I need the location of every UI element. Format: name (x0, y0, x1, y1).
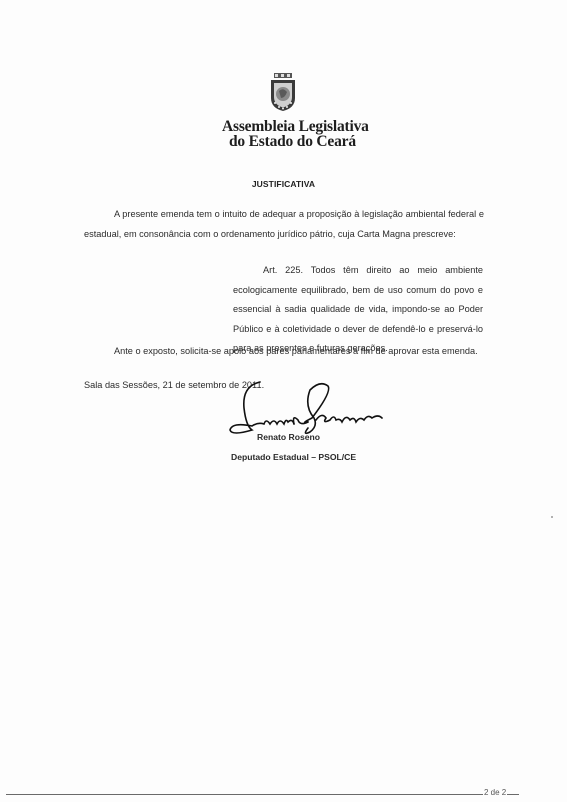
scan-speck (551, 516, 553, 518)
coat-of-arms-icon (268, 72, 298, 112)
request-paragraph: Ante o exposto, solicita-se apoio aos pa… (114, 342, 494, 362)
page-number: 2 de 2 (483, 788, 507, 797)
signer-role: Deputado Estadual – PSOL/CE (231, 452, 356, 462)
footer-divider (6, 794, 519, 795)
document-page: Assembleia Legislativa do Estado do Cear… (0, 0, 567, 802)
section-heading: JUSTIFICATIVA (0, 179, 567, 189)
organization-name-line2: do Estado do Ceará (229, 133, 409, 151)
justification-paragraph: A presente emenda tem o intuito de adequ… (84, 205, 484, 244)
signer-name: Renato Roseno (257, 432, 320, 442)
